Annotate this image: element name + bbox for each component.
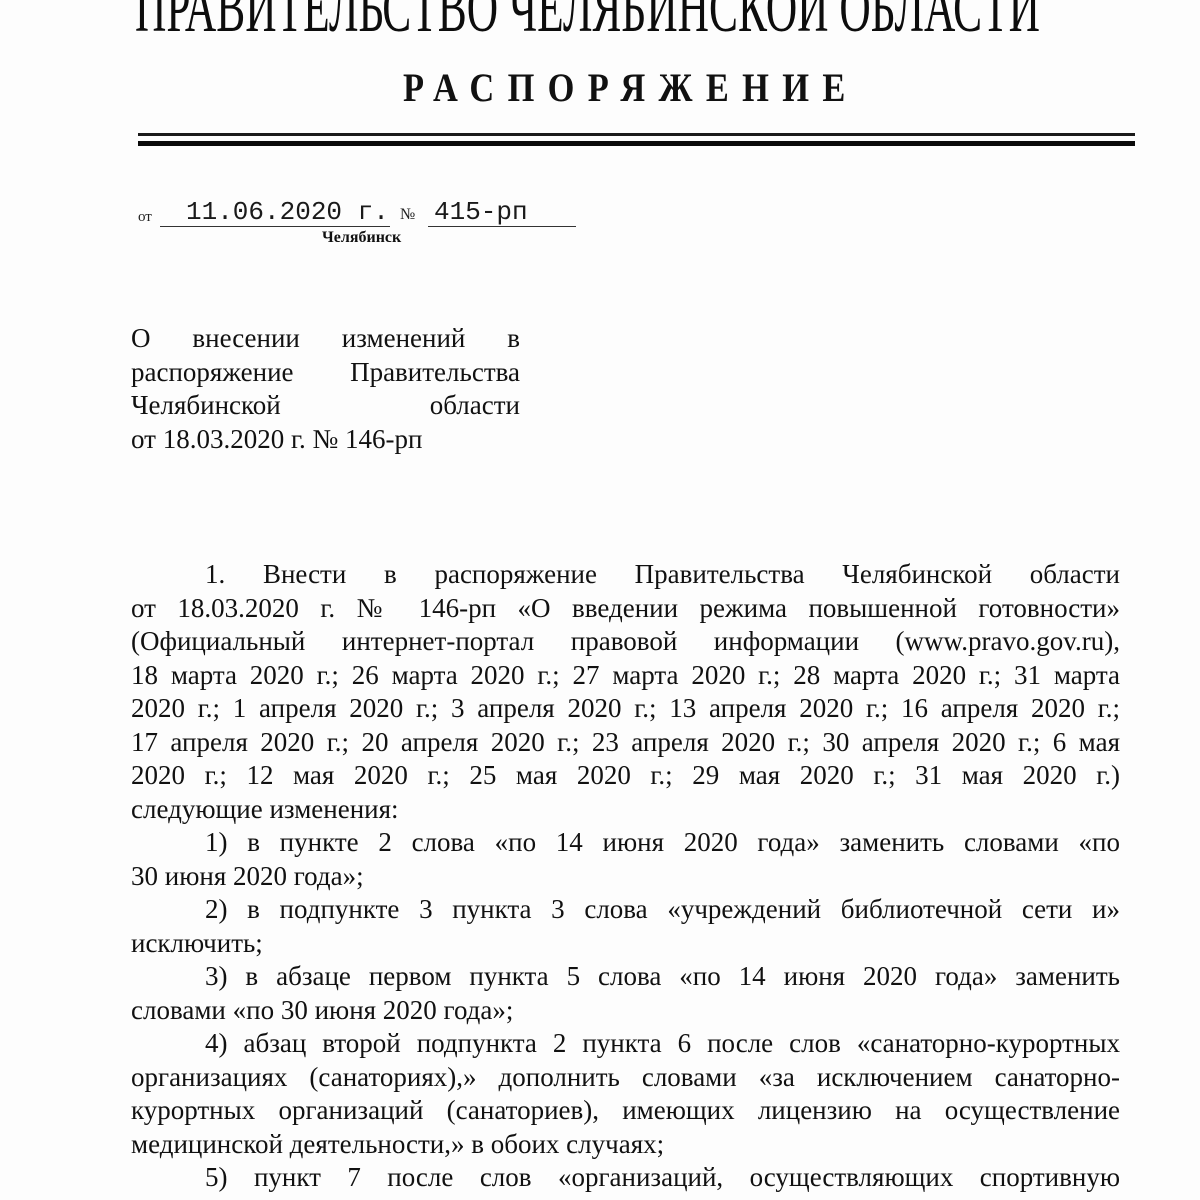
document-subject: О внесении изменений в распоряжение Прав… xyxy=(131,322,520,456)
body-line: медицинской деятельности,» в обоих случа… xyxy=(131,1128,1120,1162)
document-page: ПРАВИТЕЛЬСТВО ЧЕЛЯБИНСКОЙ ОБЛАСТИ РАСПОР… xyxy=(0,0,1200,1200)
body-line: 18 марта 2020 г.; 26 марта 2020 г.; 27 м… xyxy=(131,659,1120,693)
body-line: следующие изменения: xyxy=(131,793,1120,827)
body-line: 2020 г.; 1 апреля 2020 г.; 3 апреля 2020… xyxy=(131,692,1120,726)
body-line: 1) в пункте 2 слова «по 14 июня 2020 год… xyxy=(131,826,1120,860)
document-date: 11.06.2020 г. xyxy=(186,198,389,226)
from-label: от xyxy=(138,210,152,225)
header-rule-thin xyxy=(138,133,1135,136)
date-underline xyxy=(160,226,390,227)
body-line: 4) абзац второй подпункта 2 пункта 6 пос… xyxy=(131,1027,1120,1061)
body-line: курортных организаций (санаториев), имею… xyxy=(131,1094,1120,1128)
document-type-heading: РАСПОРЯЖЕНИЕ xyxy=(403,66,775,110)
body-line: 30 июня 2020 года»; xyxy=(131,860,1120,894)
body-line: 2020 г.; 12 мая 2020 г.; 25 мая 2020 г.;… xyxy=(131,759,1120,793)
body-line: (Официальный интернет-портал правовой ин… xyxy=(131,625,1120,659)
subject-line: распоряжение Правительства xyxy=(131,356,520,390)
subject-line: от 18.03.2020 г. № 146-рп xyxy=(131,423,520,457)
document-body: 1. Внести в распоряжение Правительства Ч… xyxy=(131,558,1120,1195)
document-number: 415-рп xyxy=(434,198,528,226)
body-line: 3) в абзаце первом пункта 5 слова «по 14… xyxy=(131,960,1120,994)
body-line: 5) пункт 7 после слов «организаций, осущ… xyxy=(131,1161,1120,1195)
body-line: 17 апреля 2020 г.; 20 апреля 2020 г.; 23… xyxy=(131,726,1120,760)
government-title: ПРАВИТЕЛЬСТВО ЧЕЛЯБИНСКОЙ ОБЛАСТИ xyxy=(135,0,755,44)
header-rule-thick xyxy=(138,141,1135,146)
subject-line: О внесении изменений в xyxy=(131,322,520,356)
body-line: от 18.03.2020 г. № 146-рп «О введении ре… xyxy=(131,592,1120,626)
number-label: № xyxy=(400,207,415,223)
body-line: словами «по 30 июня 2020 года»; xyxy=(131,994,1120,1028)
subject-line: Челябинской области xyxy=(131,389,520,423)
body-line: 1. Внести в распоряжение Правительства Ч… xyxy=(131,558,1120,592)
city: Челябинск xyxy=(322,229,401,247)
body-line: 2) в подпункте 3 пункта 3 слова «учрежде… xyxy=(131,893,1120,927)
body-line: организациях (санаториях),» дополнить сл… xyxy=(131,1061,1120,1095)
number-underline xyxy=(428,226,576,227)
body-line: исключить; xyxy=(131,927,1120,961)
